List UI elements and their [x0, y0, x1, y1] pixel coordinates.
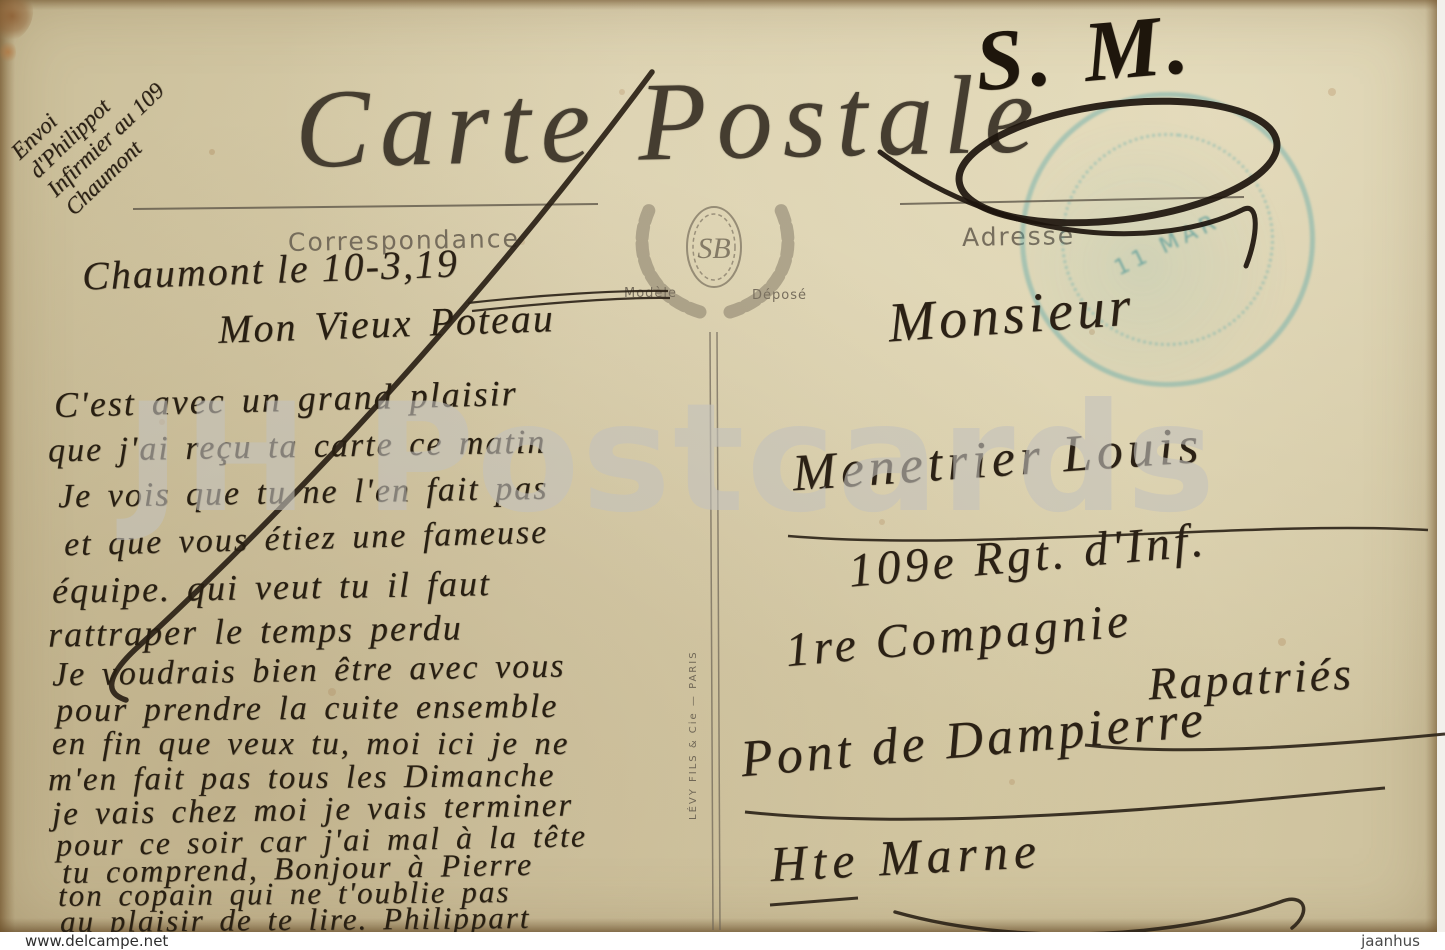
rust-spot	[0, 40, 16, 64]
emblem-modele-label: Modèle	[624, 286, 677, 301]
printed-title: Carte Postale	[294, 50, 1046, 195]
paper-edge-right	[1425, 0, 1437, 932]
message-line: rattraper le temps perdu	[48, 606, 463, 655]
printer-mark-vertical-text: LÉVY FILS & Cie — PARIS	[688, 540, 699, 820]
paper-freckles	[0, 0, 4, 4]
footer-site-url: www.delcampe.net	[25, 932, 168, 950]
postcard-scan: Carte Postale Correspondance Adresse Mod…	[0, 0, 1445, 950]
paper-edge-top	[0, 0, 1437, 10]
message-line: pour prendre la cuite ensemble	[56, 688, 559, 730]
scan-background-strip	[1437, 0, 1445, 932]
footer-seller-name: jaanhus	[1361, 932, 1420, 950]
sm-franchise-mark: S. M.	[971, 0, 1198, 111]
emblem-depose-label: Déposé	[752, 288, 807, 303]
footer-bar: www.delcampe.net jaanhus	[0, 932, 1445, 950]
message-line: équipe. qui veut tu il faut	[52, 562, 492, 612]
